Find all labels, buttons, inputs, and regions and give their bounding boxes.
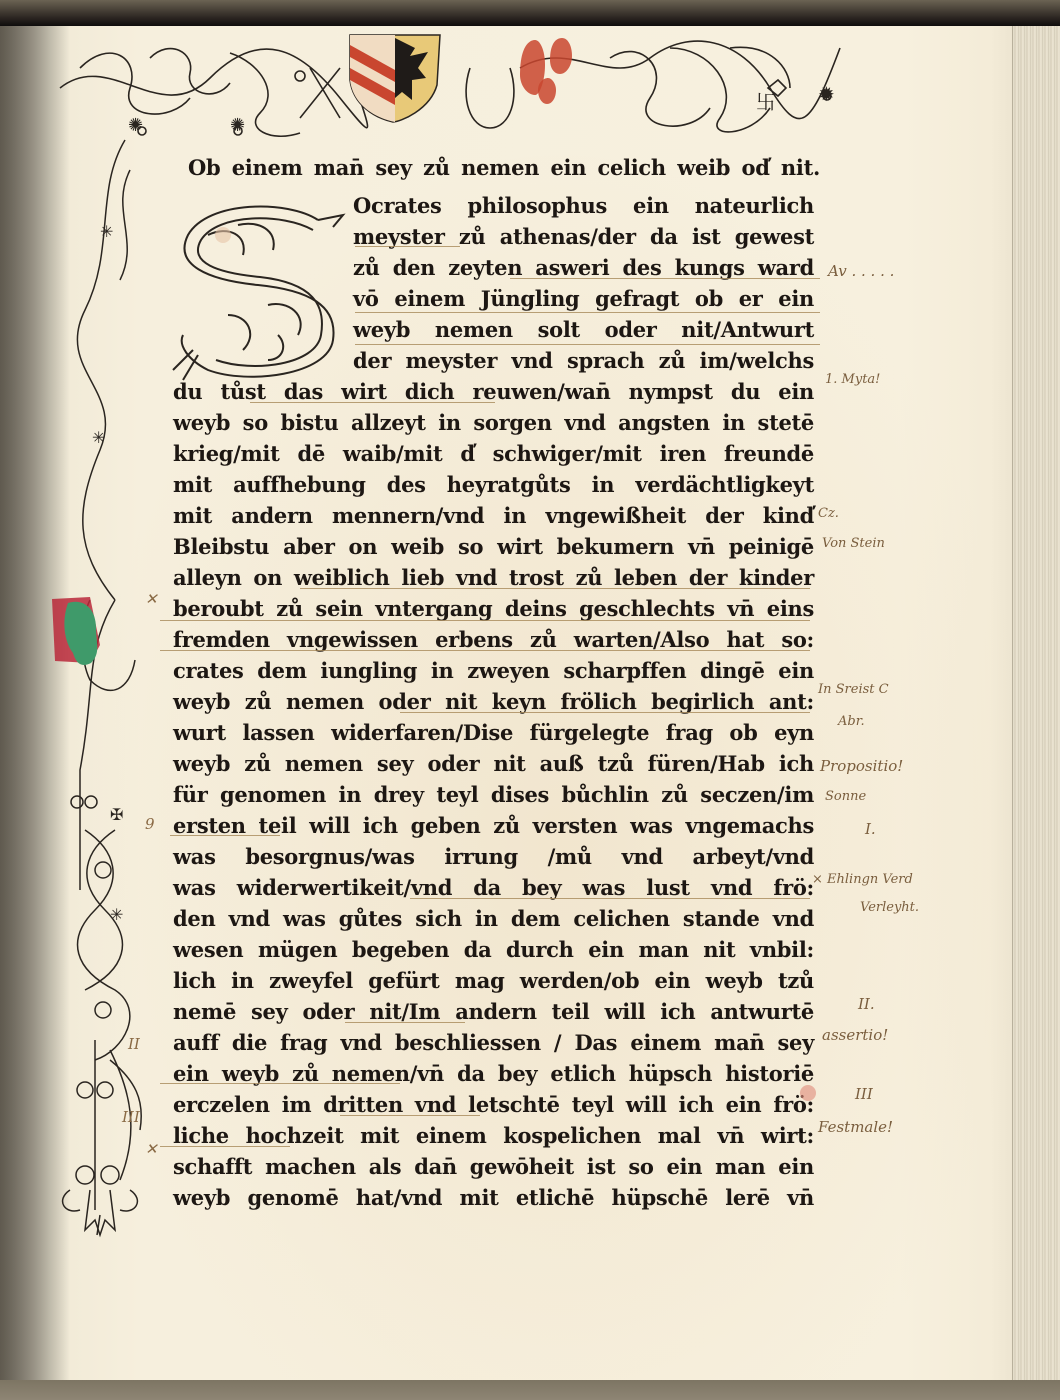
text-line: mit auffhebung des heyratgůts in verdäch… (173, 469, 814, 500)
reader-underline (160, 620, 810, 621)
star-ornament-icon: ✹ (818, 82, 835, 106)
margin-note: Abr. (838, 714, 865, 729)
text-line: mit andern mennern/vnd in vngewißheit de… (173, 500, 814, 531)
text-line: Bleibstu aber on weib so wirt bekumern v… (173, 531, 814, 562)
foliate-border-left (55, 130, 145, 1240)
reader-underline (355, 312, 820, 313)
margin-note: Sonne (825, 789, 866, 804)
margin-mark: 9 (145, 815, 155, 833)
reader-underline (355, 246, 460, 247)
margin-note: Propositio! (820, 757, 903, 775)
margin-note: Verleyht. (860, 900, 919, 915)
text-line: weyb nemen solt oder nit/Antwurt (353, 314, 814, 345)
book-bottom-edge (0, 1380, 1060, 1400)
text-line: schafft machen als dan̄ gewōheit ist so … (173, 1151, 814, 1182)
text-line: ersten teil will ich geben zů versten wa… (173, 810, 814, 841)
margin-note: × Ehlingn Verd (812, 872, 913, 887)
reader-underline (160, 1083, 400, 1084)
star-ornament-icon: ✳ (100, 222, 113, 241)
margin-note: In Sreist C (818, 682, 889, 697)
margin-mark: III (122, 1108, 140, 1126)
margin-note: Festmale! (818, 1118, 893, 1136)
text-line: weyb zů nemen sey oder nit auß tzů füren… (173, 748, 814, 779)
text-line: den vnd was gůtes sich in dem celichen s… (173, 903, 814, 934)
sun-ornament-icon: ✺ (128, 115, 143, 136)
text-line: für genomen in drey teyl dises bůchlin z… (173, 779, 814, 810)
text-line: nemē sey oder nit/Im andern teil will ic… (173, 996, 814, 1027)
reader-underline (410, 898, 810, 899)
margin-note: II. (858, 995, 875, 1013)
margin-note: Av . . . . . (828, 262, 894, 280)
reader-underline (250, 402, 495, 403)
red-ink-blot (800, 1085, 816, 1101)
margin-note: Cz. (818, 506, 839, 521)
margin-note: assertio! (822, 1026, 888, 1044)
page-heading: Ob einem man̄ sey zů nemen ein celich we… (188, 152, 820, 183)
reader-underline (400, 712, 810, 713)
text-line: wesen mügen begeben da durch ein man nit… (173, 934, 814, 965)
reader-underline (160, 650, 810, 651)
text-line: vō einem Jüngling gefragt ob er ein (353, 283, 814, 314)
margin-note: III (855, 1085, 873, 1103)
text-line: erczelen im dritten vnd letschtē teyl wi… (173, 1089, 814, 1120)
reader-underline (510, 278, 820, 279)
text-line: weyb genomē hat/vnd mit etlichē hüpschē … (173, 1182, 814, 1213)
margin-mark: ✕ (145, 1140, 158, 1158)
text-line: meyster zů athenas/der da ist gewest (353, 221, 814, 252)
foliate-border-top (50, 28, 850, 138)
text-line: crates dem iungling in zweyen scharpffen… (173, 655, 814, 686)
text-line: ein weyb zů nemen/vn̄ da bey etlich hüps… (173, 1058, 814, 1089)
reader-underline (160, 1146, 290, 1147)
green-red-shield-icon (50, 595, 105, 670)
margin-note: I. (865, 820, 876, 838)
decorated-initial-s (168, 195, 348, 385)
star-ornament-icon: ✳ (92, 428, 105, 447)
text-line: lich in zweyfel gefürt mag werden/ob ein… (173, 965, 814, 996)
text-line: auff die frag vnd beschliessen / Das ein… (173, 1027, 814, 1058)
text-line: krieg/mit dē waib/mit d̕ schwiger/mit ir… (173, 438, 814, 469)
margin-mark: ✕ (145, 590, 158, 608)
margin-note: Von Stein (822, 536, 885, 551)
reader-underline (170, 835, 280, 836)
margin-mark: II (128, 1035, 140, 1053)
text-line: weyb so bistu allzeyt in sorgen vnd angs… (173, 407, 814, 438)
reader-underline (345, 1022, 465, 1023)
reader-underline (355, 344, 820, 345)
text-line: wurt lassen widerfaren/Dise fürgelegte f… (173, 717, 814, 748)
reader-underline (340, 1115, 480, 1116)
swirl-ornament-icon: 卐 (756, 86, 776, 115)
text-line: was besorgnus/was irrung /mů vnd arbeyt/… (173, 841, 814, 872)
page-fore-edge (1012, 26, 1060, 1380)
cross-ornament-icon: ✠ (110, 805, 123, 824)
text-line: Ocrates philosophus ein nateurlich (353, 190, 814, 221)
family-arms-shield-icon (510, 30, 580, 115)
sun-ornament-icon: ✺ (230, 115, 245, 136)
reader-underline (300, 588, 810, 589)
book-top-edge (0, 0, 1060, 26)
nuremberg-arms-shield-icon (345, 30, 445, 125)
margin-note: 1. Myta! (825, 372, 880, 387)
text-line: der meyster vnd sprach zů im/welchs (353, 345, 814, 376)
star-ornament-icon: ✳ (110, 905, 123, 924)
